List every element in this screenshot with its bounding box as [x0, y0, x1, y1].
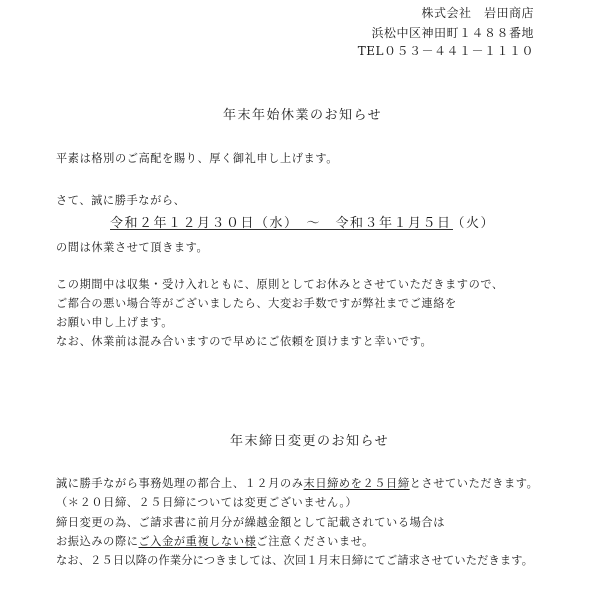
notice2-line-4: お振込みの際にご入金が重複しない様ご注意くださいませ。 [56, 533, 374, 549]
closing-date-change: 末日締めを２５日締 [304, 477, 410, 490]
notice-title-closing-date: 年末締日変更のお知らせ [230, 430, 389, 449]
notice-title-holiday: 年末年始休業のお知らせ [223, 104, 382, 123]
notice2-line-2: （＊２０日締、２５日締については変更ございません。） [56, 494, 357, 510]
notice2-line-5: なお、２５日以降の作業分につきましては、次回１月末日締にてご請求させていただきま… [56, 552, 533, 568]
period-underline [110, 229, 453, 230]
line4-pre: お振込みの際に [56, 535, 139, 548]
line1-pre: 誠に勝手ながら事務処理の都合上、１２月のみ [56, 477, 304, 490]
line1-post: とさせていただきます。 [410, 477, 539, 490]
notice1-line-2: ご都合の悪い場合等がございましたら、大変お手数ですが弊社までご連絡を [56, 295, 457, 311]
notice1-line-4: なお、休業前は混み合いますので早めにご依頼を頂けますと幸いです。 [56, 333, 432, 349]
notice1-line-1: この期間中は収集・受け入れともに、原則としてお休みとさせていただきますので、 [56, 276, 504, 292]
line4-post: ご注意くださいませ。 [256, 535, 374, 548]
intro-text: さて、誠に勝手ながら、 [56, 192, 185, 208]
notice2-line-1: 誠に勝手ながら事務処理の都合上、１２月のみ末日締めを２５日締とさせていただきます… [56, 475, 538, 491]
notice2-line-3: 締日変更の為、ご請求書に前月分が繰越金額として記載されている場合は [56, 514, 445, 530]
company-address: 浜松中区神田町１４８８番地 [371, 24, 534, 41]
notice1-line-3: お願い申し上げます。 [56, 314, 173, 330]
greeting-text: 平素は格別のご高配を賜り、厚く御礼申し上げます。 [56, 150, 338, 166]
company-phone: TEL０５３－４４１－１１１０ [358, 42, 534, 59]
closure-text: の間は休業させて頂きます。 [56, 239, 208, 255]
company-name: 株式会社 岩田商店 [421, 4, 534, 21]
duplicate-payment-warning: ご入金が重複しない様 [139, 535, 257, 548]
